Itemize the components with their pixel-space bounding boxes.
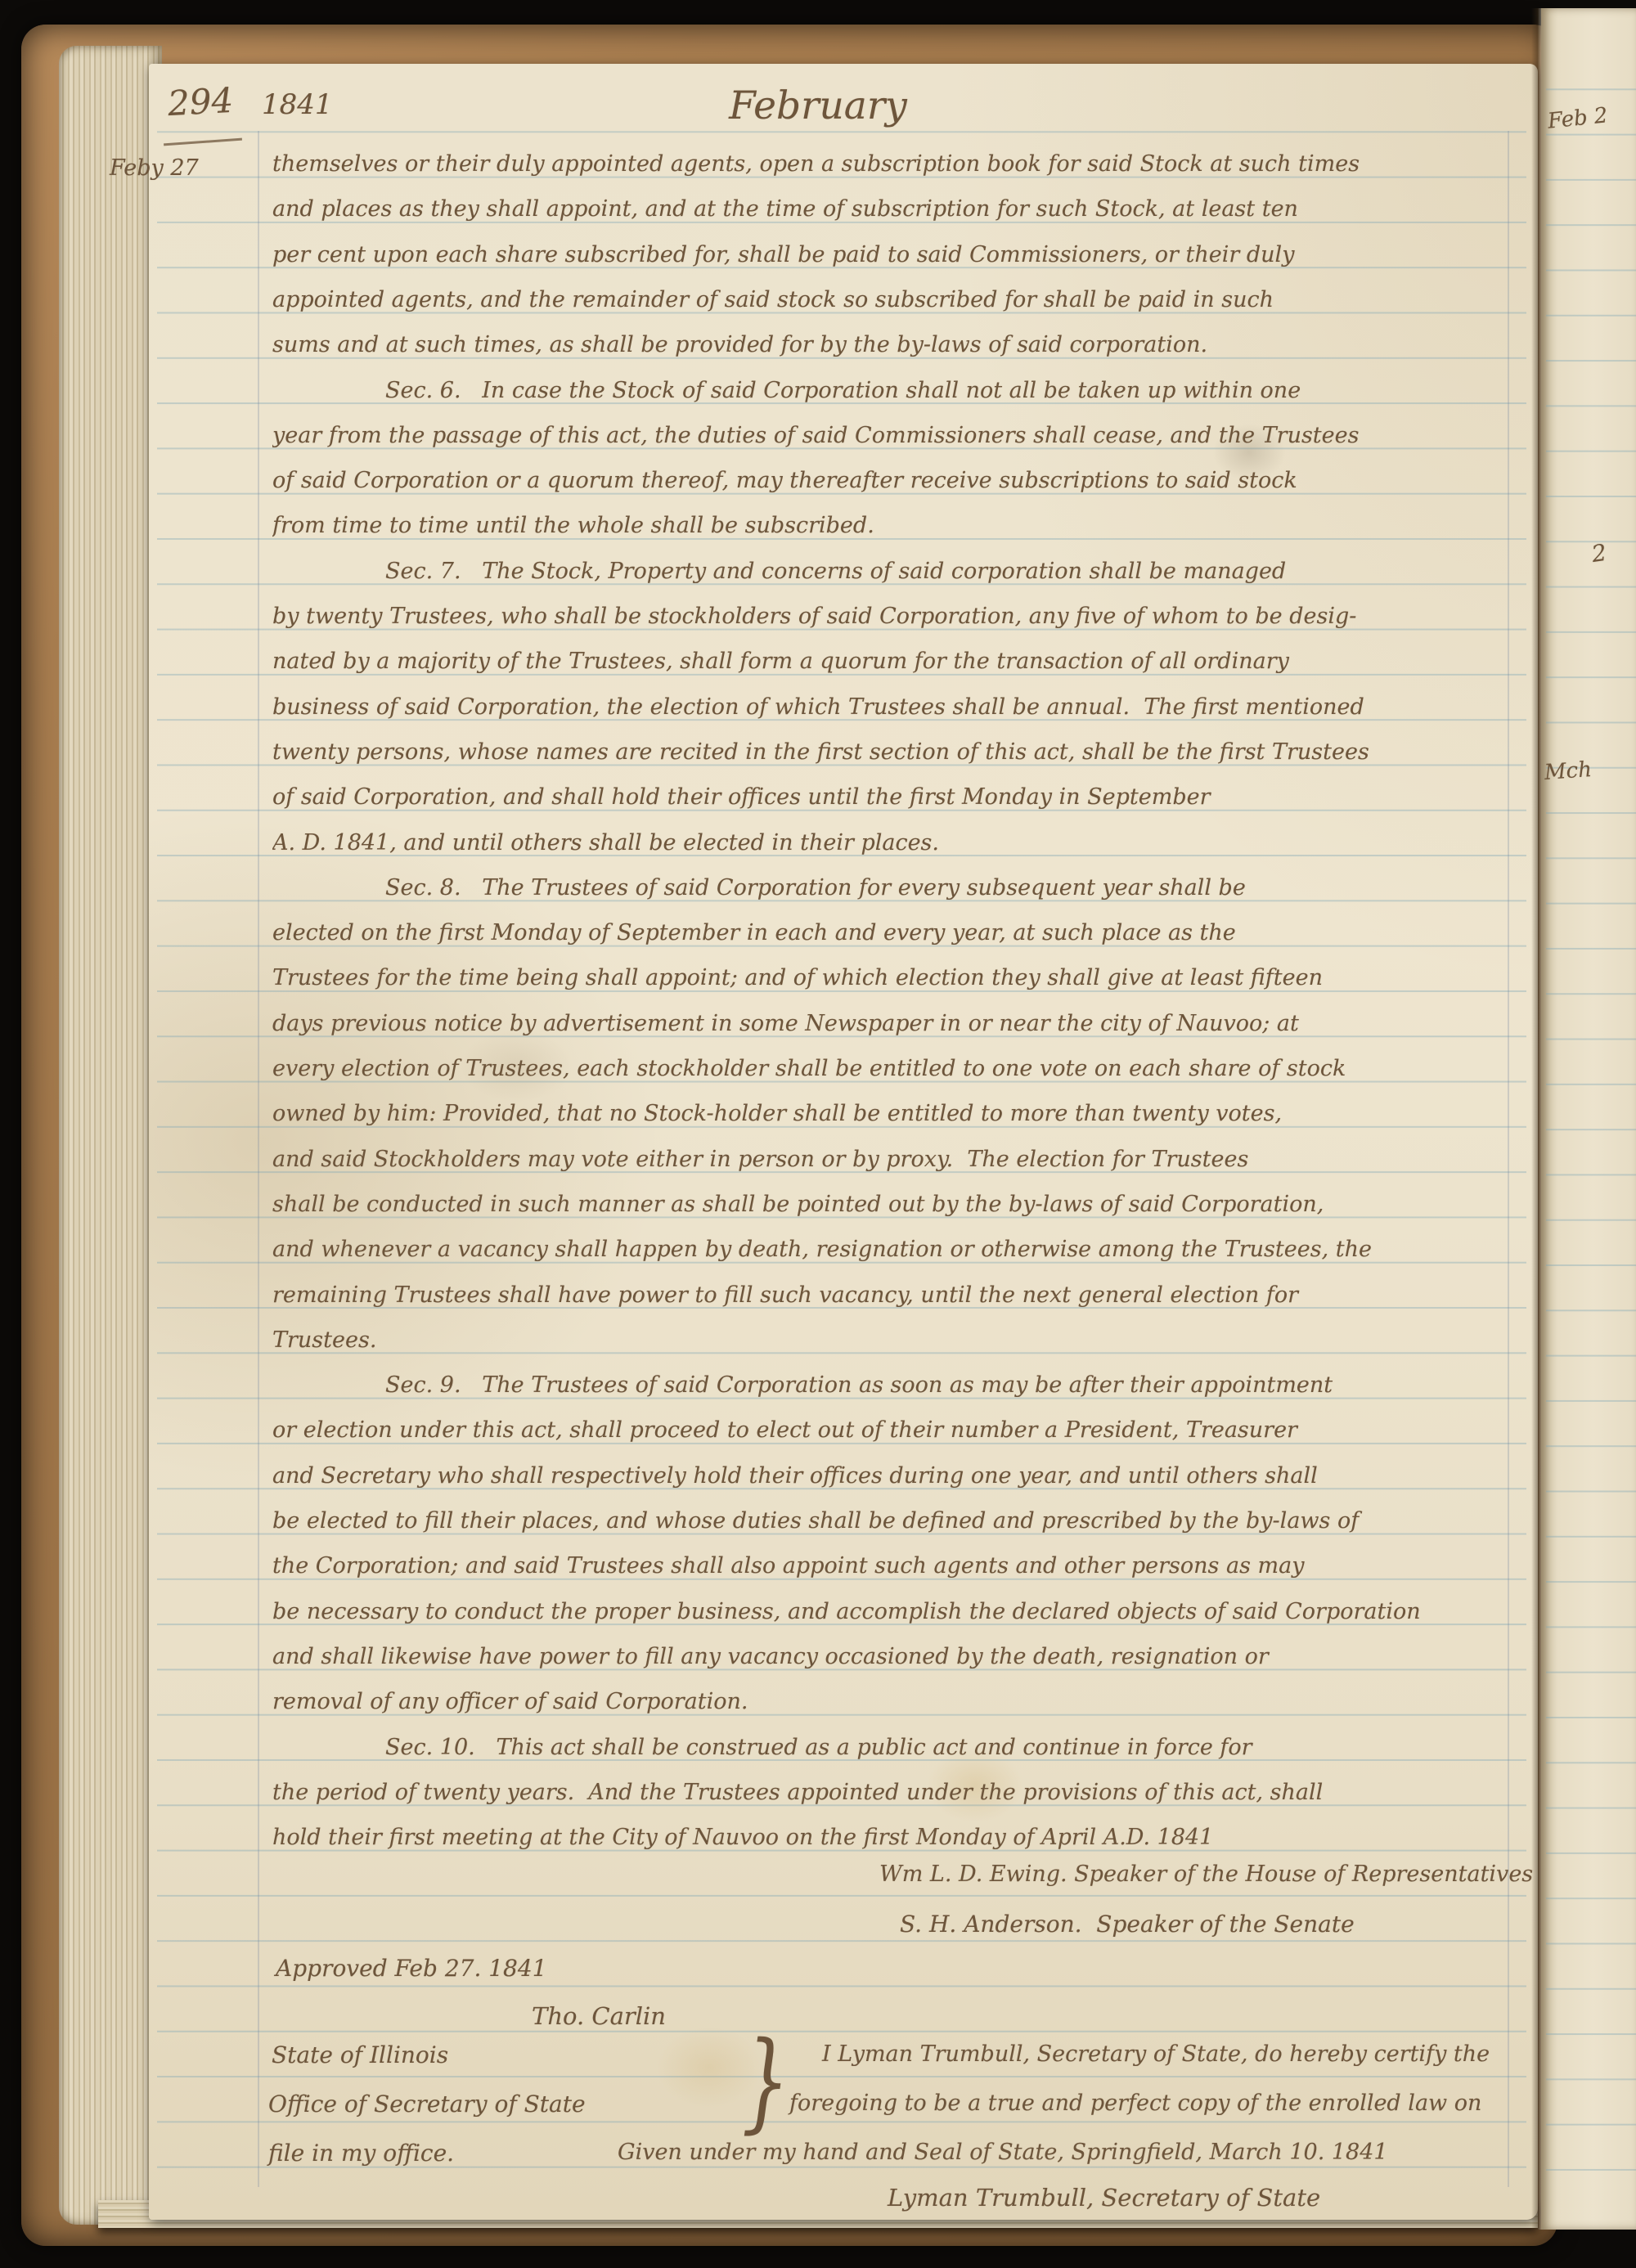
manuscript-line: appointed agents, and the remainder of s… [272, 277, 1512, 322]
manuscript-line: A. D. 1841, and until others shall be el… [272, 820, 1512, 865]
manuscript-line: days previous notice by advertisement in… [272, 1001, 1512, 1046]
page-number-underline [164, 138, 242, 146]
manuscript-line: the Corporation; and said Trustees shall… [272, 1543, 1512, 1588]
month-header: February [654, 83, 982, 128]
speaker-senate-signature: S. H. Anderson. Speaker of the Senate [900, 1911, 1355, 1938]
manuscript-page: 294 1841 February Feby 27 themselves or … [149, 64, 1538, 2220]
manuscript-line: owned by him: Provided, that no Stock-ho… [272, 1091, 1512, 1136]
adjacent-ruled-lines [1546, 45, 1636, 2185]
manuscript-line: and places as they shall appoint, and at… [272, 186, 1512, 231]
manuscript-line: nated by a majority of the Trustees, sha… [272, 639, 1512, 684]
adjacent-margin-note-3: Mch [1544, 757, 1593, 785]
manuscript-line: shall be conducted in such manner as sha… [272, 1182, 1512, 1227]
adjacent-page-sliver: Feb 2 2 Mch [1541, 8, 1636, 2230]
page-number: 294 [167, 80, 235, 124]
governor-signature: Tho. Carlin [532, 2002, 666, 2030]
manuscript-line: be necessary to conduct the proper busin… [272, 1589, 1512, 1634]
certification-right-line3: Given under my hand and Seal of State, S… [618, 2140, 1388, 2165]
manuscript-line: be elected to fill their places, and who… [272, 1498, 1512, 1543]
manuscript-line: of said Corporation or a quorum thereof,… [272, 458, 1512, 503]
manuscript-line: by twenty Trustees, who shall be stockho… [272, 594, 1512, 639]
manuscript-line: or election under this act, shall procee… [272, 1408, 1512, 1453]
certification-left-line3: file in my office. [268, 2140, 454, 2167]
manuscript-line: business of said Corporation, the electi… [272, 685, 1512, 730]
manuscript-line: and said Stockholders may vote either in… [272, 1137, 1512, 1182]
manuscript-line: every election of Trustees, each stockho… [272, 1046, 1512, 1091]
certification-right-line2: foregoing to be a true and perfect copy … [789, 2091, 1481, 2116]
book-photograph: 294 1841 February Feby 27 themselves or … [0, 0, 1636, 2268]
certification-left-line1: State of Illinois [272, 2041, 448, 2068]
manuscript-line: and Secretary who shall respectively hol… [272, 1453, 1512, 1498]
year-label: 1841 [262, 88, 333, 121]
page-stack-edges-left [59, 46, 162, 2225]
left-margin-line [258, 131, 259, 2187]
certification-brace: } [742, 2019, 790, 2144]
manuscript-line: Sec. 7. The Stock, Property and concerns… [272, 549, 1625, 594]
manuscript-line: Trustees. [272, 1318, 1512, 1363]
manuscript-line: Sec. 9. The Trustees of said Corporation… [272, 1363, 1625, 1408]
manuscript-line: per cent upon each share subscribed for,… [272, 232, 1512, 277]
manuscript-line: Sec. 6. In case the Stock of said Corpor… [272, 368, 1625, 413]
manuscript-line: from time to time until the whole shall … [272, 503, 1512, 548]
manuscript-line: remaining Trustees shall have power to f… [272, 1273, 1512, 1318]
manuscript-line: sums and at such times, as shall be prov… [272, 322, 1512, 367]
certification-left-line2: Office of Secretary of State [268, 2091, 586, 2118]
manuscript-line: Trustees for the time being shall appoin… [272, 955, 1512, 1000]
manuscript-line: elected on the first Monday of September… [272, 910, 1512, 955]
adjacent-margin-note-2: 2 [1590, 539, 1608, 568]
manuscript-line: themselves or their duly appointed agent… [272, 141, 1512, 186]
speaker-house-signature: Wm L. D. Ewing. Speaker of the House of … [879, 1862, 1533, 1887]
adjacent-margin-note-1: Feb 2 [1547, 103, 1609, 134]
manuscript-line: the period of twenty years. And the Trus… [272, 1770, 1512, 1815]
manuscript-line: hold their first meeting at the City of … [272, 1815, 1512, 1860]
approval-line: Approved Feb 27. 1841 [276, 1955, 547, 1982]
certification-right-line1: I Lyman Trumbull, Secretary of State, do… [822, 2041, 1490, 2067]
secretary-signature: Lyman Trumbull, Secretary of State [888, 2184, 1320, 2212]
manuscript-line: of said Corporation, and shall hold thei… [272, 775, 1512, 820]
manuscript-line: Sec. 10. This act shall be construed as … [272, 1725, 1625, 1770]
manuscript-line: Sec. 8. The Trustees of said Corporation… [272, 865, 1625, 910]
margin-date: Feby 27 [110, 155, 199, 181]
manuscript-line: year from the passage of this act, the d… [272, 413, 1512, 458]
manuscript-line: twenty persons, whose names are recited … [272, 730, 1512, 775]
manuscript-line: and whenever a vacancy shall happen by d… [272, 1227, 1512, 1272]
manuscript-line: removal of any officer of said Corporati… [272, 1679, 1512, 1724]
manuscript-line: and shall likewise have power to fill an… [272, 1634, 1512, 1679]
